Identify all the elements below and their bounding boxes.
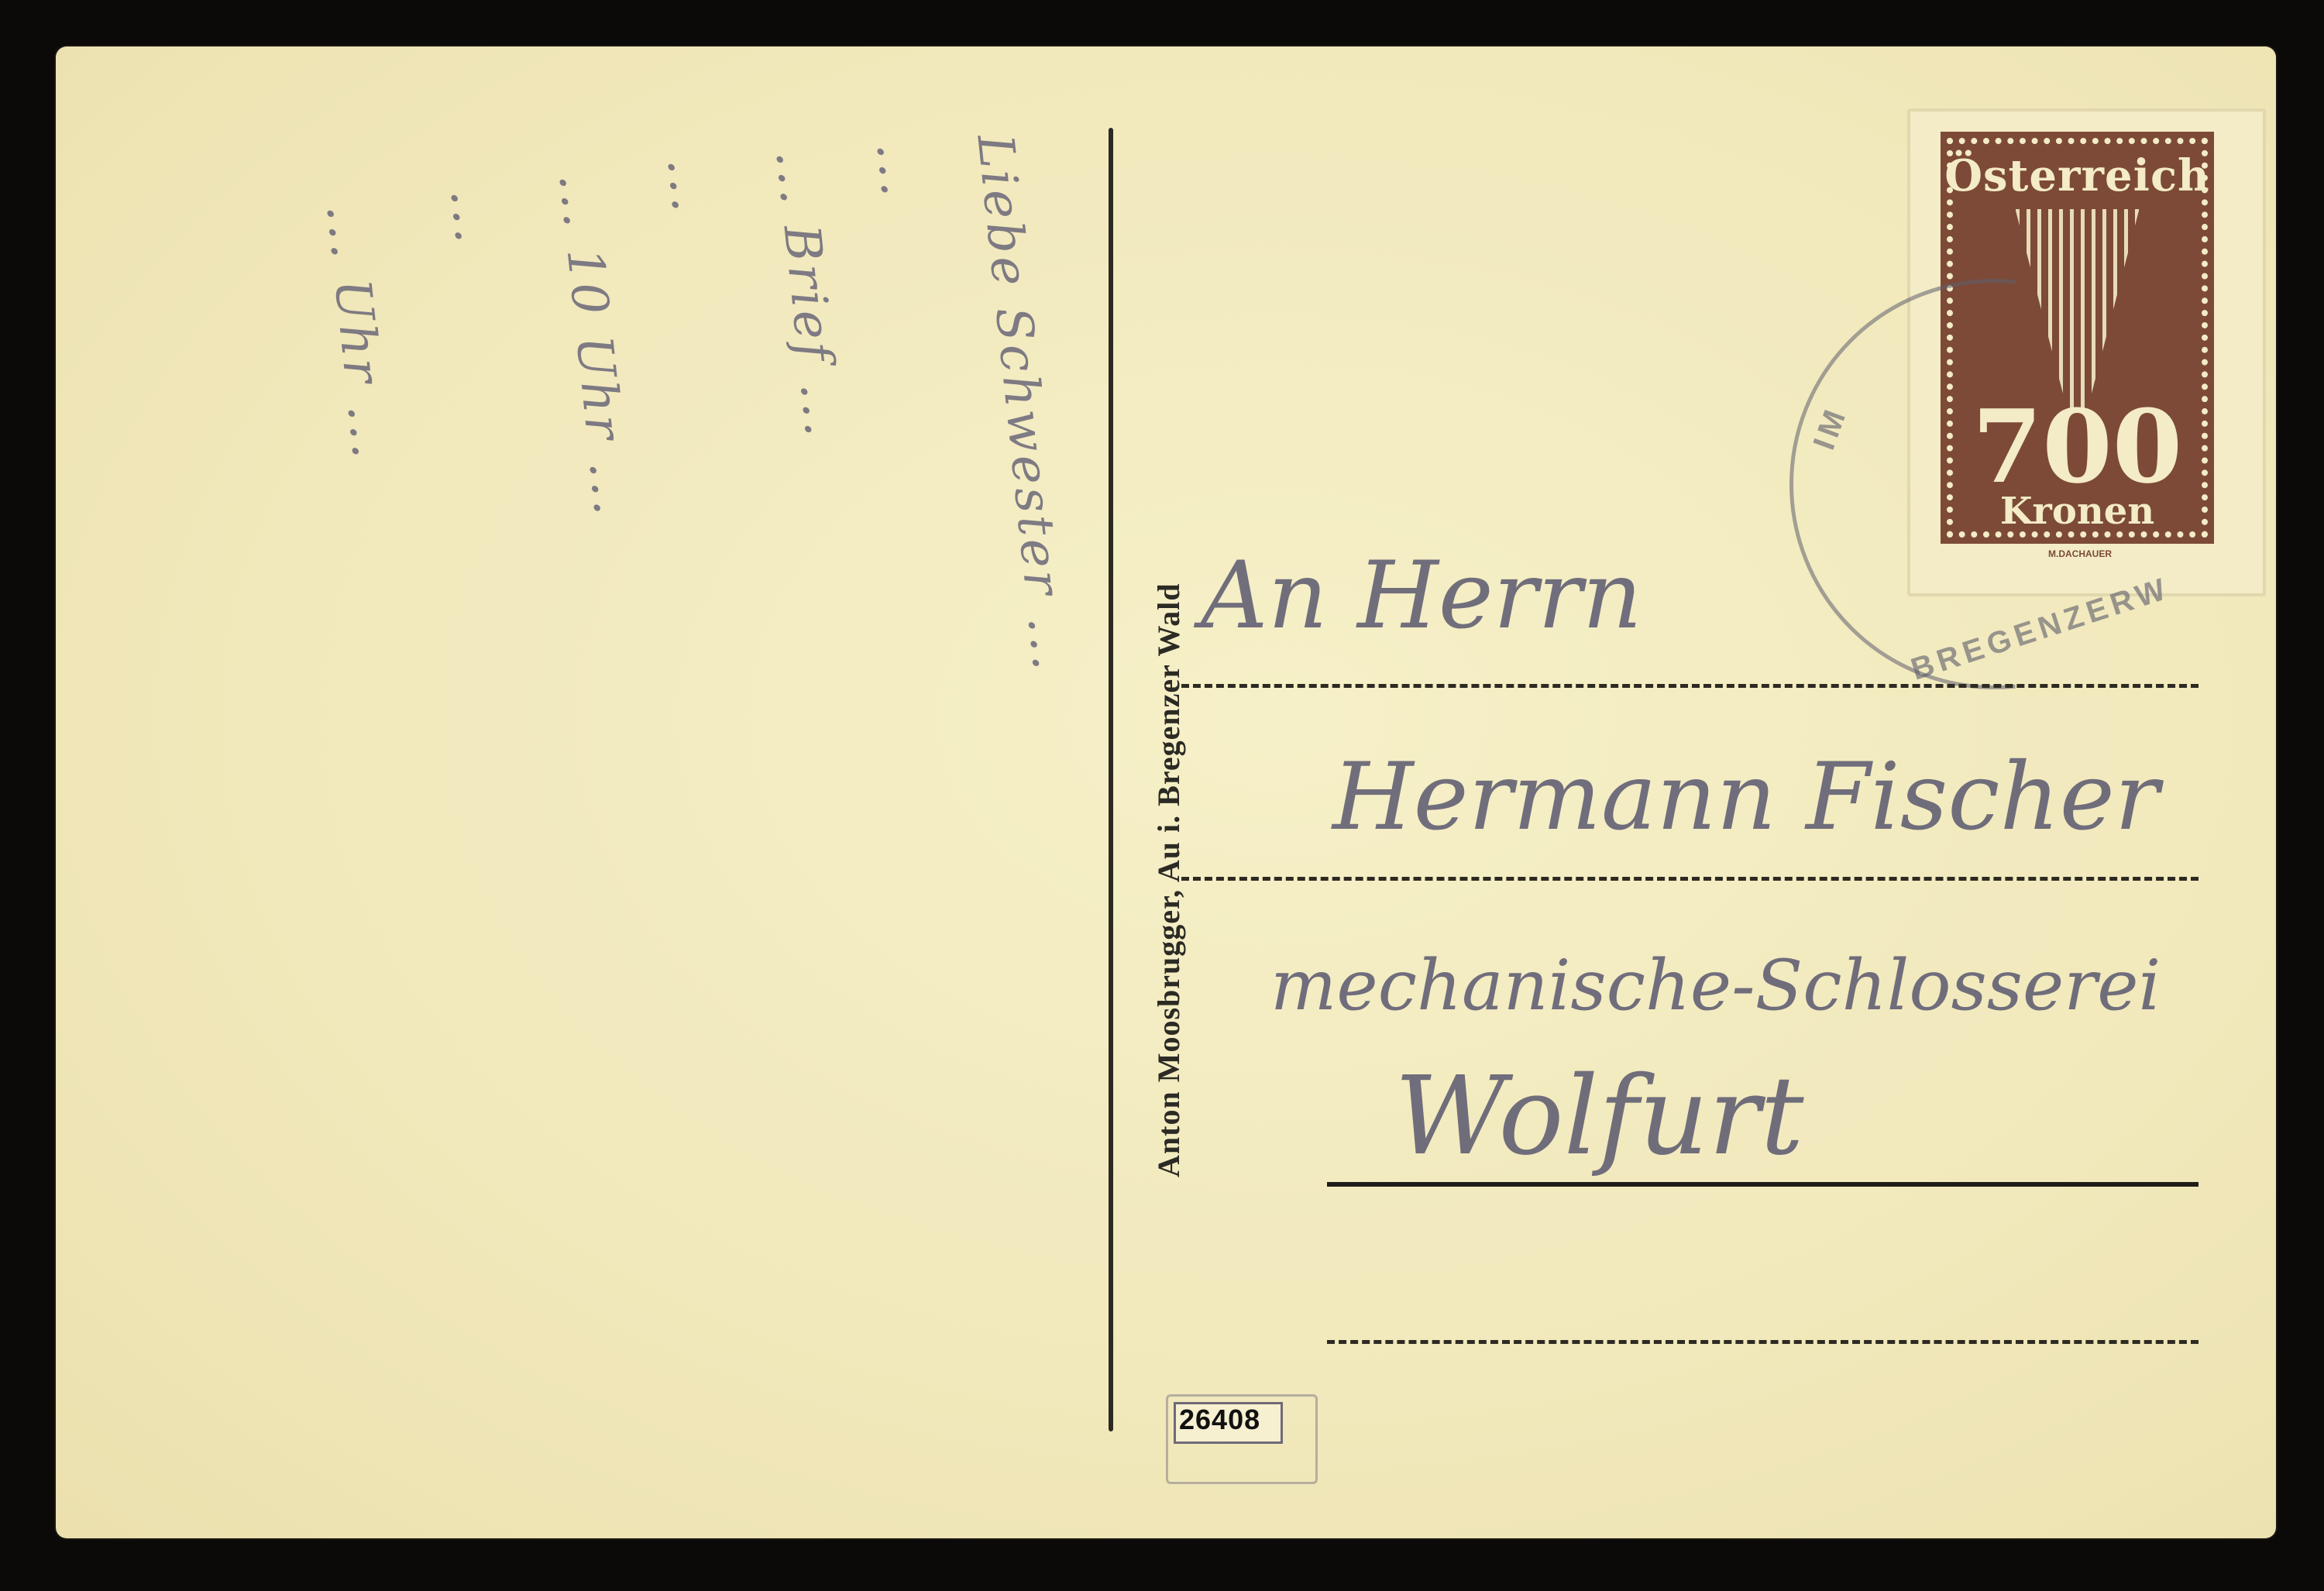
address-line-4 [1327, 1340, 2199, 1344]
address-business: mechanische-Schlosserei [1270, 945, 2161, 1026]
address-salutation: An Herrn [1201, 542, 1642, 650]
address-town: Wolfurt [1394, 1053, 1804, 1180]
stamp-designer: M.DACHAUER [2030, 548, 2130, 559]
address-line-3 [1327, 1182, 2199, 1187]
stamp-country: Österreich [1941, 150, 2214, 201]
message-line: ... [438, 186, 501, 248]
address-line-2 [1181, 877, 2199, 881]
serial-number: 26408 [1179, 1404, 1260, 1436]
message-line: ... [865, 139, 927, 201]
address-name: Hermann Fischer [1332, 744, 2159, 851]
center-divider [1109, 128, 1113, 1431]
message-line: ... [655, 155, 718, 217]
address-line-1 [1181, 684, 2199, 688]
